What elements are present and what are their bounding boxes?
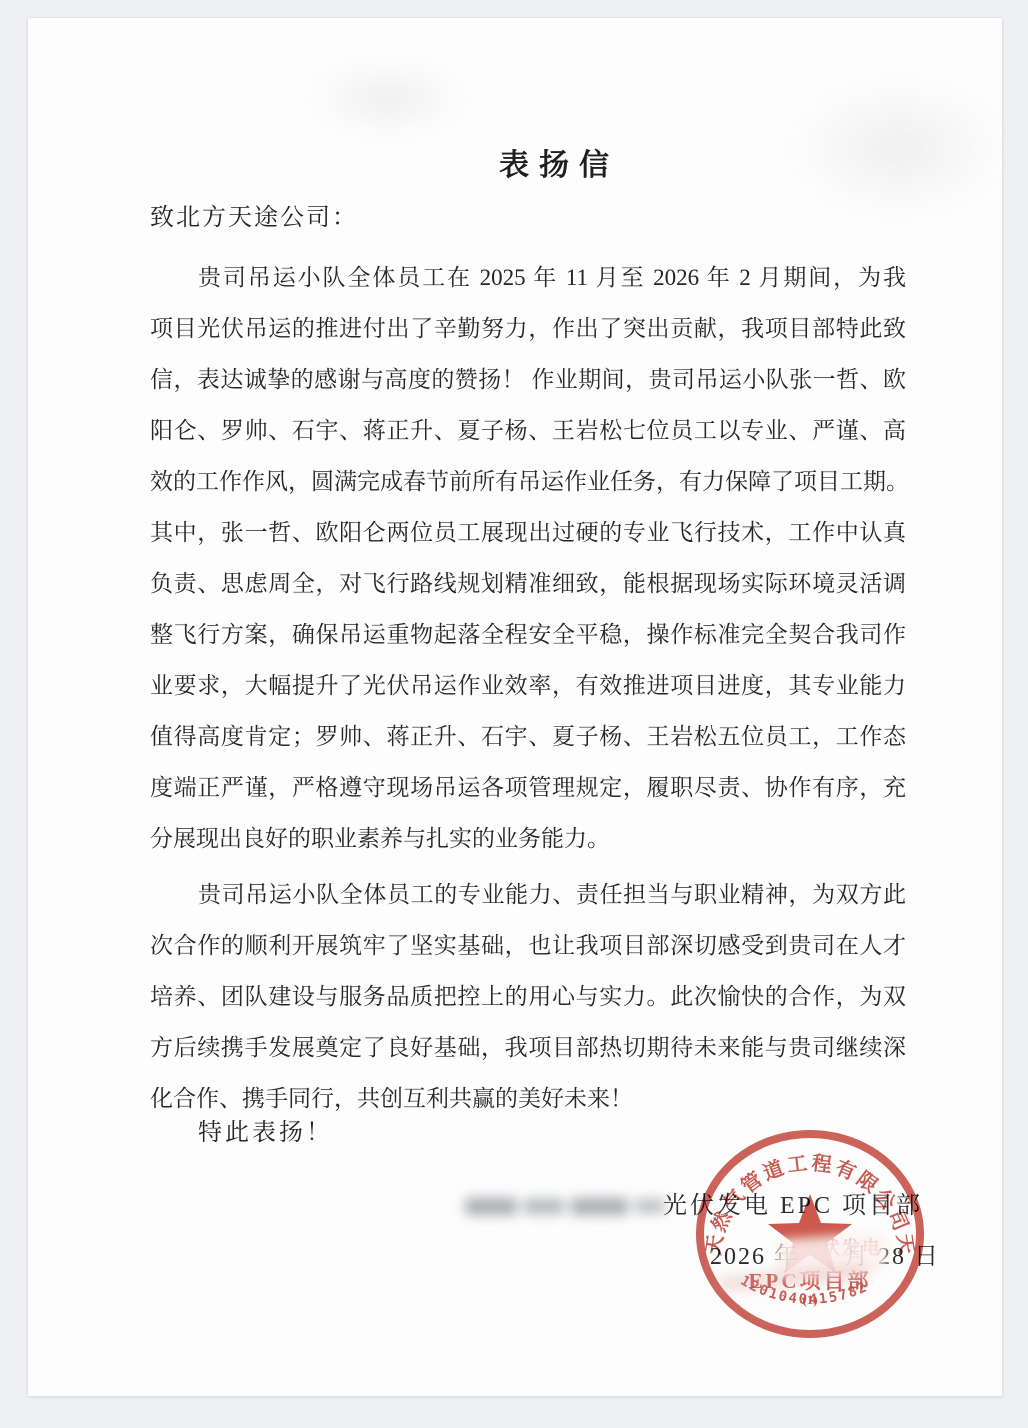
paragraph-line: 整飞行方案，确保吊运重物起落全程安全平稳，操作标准完全契合我司作: [150, 609, 906, 660]
paragraph-line: 阳仑、罗帅、石宇、蒋正升、夏子杨、王岩松七位员工以专业、严谨、高: [150, 405, 906, 456]
redacted-company-name: [465, 1190, 665, 1222]
paragraph-line: 次合作的顺利开展筑牢了坚实基础，也让我项目部深切感受到贵司在人才: [150, 920, 906, 971]
letter-salutation: 致北方天途公司：: [150, 198, 902, 238]
paragraph-line: 方后续携手发展奠定了良好基础，我项目部热切期待未来能与贵司继续深: [150, 1022, 906, 1073]
paragraph-line: 贵司吊运小队全体员工在 2025 年 11 月至 2026 年 2 月期间，为我: [150, 252, 906, 303]
paragraph-line: 培养、团队建设与服务品质把控上的用心与实力。此次愉快的合作，为双: [150, 971, 906, 1022]
paragraph-1: 贵司吊运小队全体员工在 2025 年 11 月至 2026 年 2 月期间，为我…: [150, 252, 906, 864]
paragraph-line: 负责、思虑周全，对飞行路线规划精准细致，能根据现场实际环境灵活调: [150, 558, 906, 609]
paragraph-line: 贵司吊运小队全体员工的专业能力、责任担当与职业精神，为双方此: [150, 869, 906, 920]
paragraph-line: 业要求，大幅提升了光伏吊运作业效率，有效推进项目进度，其专业能力: [150, 660, 906, 711]
paragraph-line: 分展现出良好的职业素养与扎实的业务能力。: [150, 813, 906, 864]
paragraph-line: 度端正严谨，严格遵守现场吊运各项管理规定，履职尽责、协作有序，充: [150, 762, 906, 813]
paragraph-line: 值得高度肯定；罗帅、蒋正升、石宇、夏子杨、王岩松五位员工，工作态: [150, 711, 906, 762]
letter-title: 表扬信: [150, 146, 902, 186]
paragraph-line: 信，表达诚挚的感谢与高度的赞扬！ 作业期间，贵司吊运小队张一哲、欧: [150, 354, 906, 405]
paragraph-2: 贵司吊运小队全体员工的专业能力、责任担当与职业精神，为双方此 次合作的顺利开展筑…: [150, 869, 906, 1124]
paragraph-line: 项目光伏吊运的推进付出了辛勤努力，作出了突出贡献，我项目部特此致: [150, 303, 906, 354]
letter-paper: 表扬信 致北方天途公司： 贵司吊运小队全体员工在 2025 年 11 月至 20…: [28, 18, 1002, 1396]
paragraph-line: 效的工作作风，圆满完成春节前所有吊运作业任务，有力保障了项目工期。: [150, 456, 906, 507]
photo-smudge: [308, 58, 468, 138]
signature-unit: 光伏发电 EPC 项目部: [663, 1190, 923, 1222]
paragraph-line: 其中，张一哲、欧阳仑两位员工展现出过硬的专业飞行技术，工作中认真: [150, 507, 906, 558]
letter-photo: { "page": { "background_color": "#eef0f3…: [0, 0, 1028, 1428]
